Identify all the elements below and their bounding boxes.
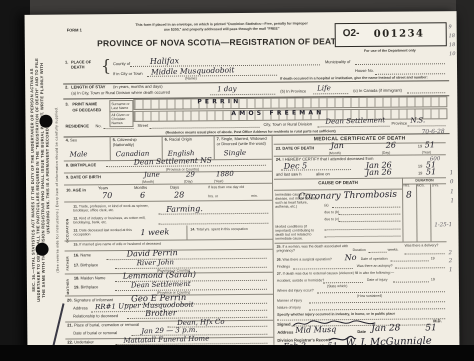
province-value: N.S. [410,117,425,124]
findings-label: Findings [277,265,290,269]
given-box-label: All Given or Christian Names [109,111,133,127]
dob-number: 9. [66,175,69,180]
death-year-value: 51 [425,141,435,149]
form-number-label: FORM 1 [67,28,82,33]
signed-date-value: Jan 28 [371,324,400,334]
undertaker-note: (Name and address) [157,344,189,348]
father-side-label: FATHER [66,252,72,274]
margin-instructions-text: (See reverse side for instructions.) Eve… [54,85,64,295]
dob-month-value: June [144,172,160,179]
duration-dys-label: DYS. [432,184,439,187]
physician-address-label: Address [277,331,293,336]
scanned-death-registration: SEC. 16.—VITAL STATISTICS ACT MAKES IT T… [0,0,474,361]
morbid-note: Morbid conditions (if important) contrib… [275,224,321,240]
racial-number: 6. [165,137,168,142]
place-of-death-label: PLACE OF DEATH [71,60,101,70]
burial-number: 21. [67,322,73,327]
cause-of-death-header: CAUSE OF DEATH [274,180,402,187]
dob-year-value: 1880 [216,171,234,178]
duration-label: Duration [353,248,366,252]
filed-year-prefix: 19 [319,344,323,349]
industry-label: Kind of industry or business, as cotton … [73,216,145,225]
father-name-number: 16. [74,252,80,257]
serial-note: For use of the Department only [335,48,445,53]
total-yrs-number: 14. [190,227,195,231]
last-seen-year-prefix: 19 [418,171,422,176]
filed-year-value: 51 [327,342,337,350]
immediate-cause-note: Immediate cause (Give disease, not mode … [275,192,321,208]
injury-year-prefix: 19 [431,277,435,281]
age-number: 10. [66,187,72,192]
checkmark-slash [48,303,64,361]
serial-number-box: O2- 001234 [335,22,447,47]
certify-number: 24. [276,157,282,162]
house-no-label: House No. [355,69,374,74]
given-name-value: AMOS FREEMAN [231,110,324,117]
how-sustained-note: (How sustained) [357,294,382,298]
birthplace-label: BIRTHPLACE [70,162,96,167]
last-seen-value: Jan 26 [366,168,392,177]
age-min-label: min. [251,194,258,198]
father-name-value: David Perrin [127,249,178,258]
mother-bp-value: Dean Settlement [131,281,191,290]
city-town-label: If in City or Town [113,72,143,77]
external-number: 27. [277,272,282,276]
age-days-value: 28 [174,191,184,199]
province-label: Province [391,122,407,127]
injury-date-label: Date of injury [367,278,388,282]
operation-value: No [345,254,357,262]
undertaker-label: Undertaker [74,339,94,344]
mother-name-number: 18. [74,275,80,280]
delivery-label: Was there a delivery? [405,243,439,247]
stay-a-label: (a) In City, Town or Rural Division wher… [71,91,170,97]
external-label: If death was due to external causes (vio… [283,271,395,276]
age-hrs-label: hrs. or [208,194,218,198]
last-worked-label: Date deceased last worked at this occupa… [73,228,131,237]
margin-tally-marks: 9 18 18 10 [448,23,455,59]
burial-date-label: Date of burial or removal [73,331,117,336]
informant-address-label: Address [73,306,88,311]
duration-mos-label: MOS. [417,184,425,188]
pregnancy-label: If a woman, was the death associated wit… [277,244,349,253]
residence-no-label: No. [95,124,101,129]
mark-1251: 1-25-1 [434,223,452,229]
form-title: PROVINCE OF NOVA SCOTIA—REGISTRATION OF … [95,36,345,48]
stay-a-value: 1 day [217,86,236,94]
name-number: 3. [65,103,68,108]
specify-label: Specify whether injury occurred in indus… [277,311,445,316]
birthplace-number: 8. [66,163,69,168]
serial-prefix: O2- [343,28,360,39]
county-label: County of [113,62,130,67]
filed-date-value: Feb 2 [283,342,306,351]
surname-value: PERRIN [197,99,241,105]
division-label: City, Town or Rural Division [263,122,312,127]
cause-line-a: (a) [324,203,328,207]
spouse-number: 15. [74,242,79,246]
informant-sig-label: Signature of informant [74,297,113,302]
physician-address-value: Mid Musq [295,326,336,335]
marital-value: Single [224,150,247,158]
municipality-label: Municipality of [325,60,350,65]
attended-year-prefix: 19 [418,164,422,169]
registrar-note: (Division Registrar) [387,347,417,351]
division-value: Dean Settlement [325,117,385,126]
state-which-note: (State which) [327,284,347,288]
manner-label: Manner of injury [277,298,302,302]
father-name-label: Name [80,252,91,257]
date-of-death-label: DATE OF DEATH [282,145,314,150]
operation-label: Was there a surgical operation? [283,257,332,261]
stay-c-label: (c) In Canada (if immigrant) [353,89,402,94]
duration-yrs-label: YRS. [403,185,410,188]
racial-origin-label: Racial Origin [169,136,192,141]
mother-bp-number: 19. [74,284,80,289]
signed-label: Signed [277,323,290,328]
father-bp-number: 17. [74,262,80,267]
registrar-signature: W. J. McGunnigle [345,337,432,349]
name-note: (Name) [185,76,197,80]
mother-maiden-label: Maiden Name [81,275,106,280]
informant-number: 20. [67,297,73,302]
op-year-prefix: 19 [431,256,435,260]
cause-line-c: due to (c) [324,217,339,221]
father-bp-label: Birthplace [80,262,98,267]
age-less-note: If less than one day old [208,185,270,190]
cause-line-b: due to (b) [324,210,339,214]
stay-b-label: (b) In Province [280,89,306,94]
last-worked-value: 1 week [140,228,169,237]
sex-label: Sex [70,137,77,142]
where-injury-label: Where did injury occur? [277,288,314,292]
duration-header: DURATION [403,178,446,182]
death-day-value: 26 [386,142,396,150]
age-months-value: 6 [140,192,145,200]
name-label-2: OF DECEASED [72,108,101,113]
occupation-side-label: OCCUPATION [65,204,71,256]
autopsy-label: Was there an autopsy? [357,264,393,268]
last-seen-pre: and last saw h [276,172,302,177]
mark-1011: 1 0 1 1 [450,169,456,206]
margin-statute-text: SEC. 16.—VITAL STATISTICS ACT MAKES IT T… [29,55,57,305]
father-bp-value: River John [137,259,174,267]
mail-notice-line2: use $300," and properly addressed will p… [117,26,327,32]
last-seen-mid: alive on [316,172,330,177]
age-label: AGE in [73,187,86,192]
trade-label: Trade, profession, or kind of work as sp… [73,204,148,213]
stay-b-value: Life [317,85,331,92]
stay-number: 2. [65,86,68,91]
death-year-prefix: 19 [418,144,422,149]
place-brace: { [101,56,111,75]
nature-label: Nature of injury [277,305,301,309]
age-margin-note: 70-6-28 [422,129,445,136]
spouse-label: If married give name of wife or husband … [79,242,161,247]
punch-hole-top [39,115,52,128]
serial-number: 001234 [374,28,425,39]
signed-date-label: Date [357,330,366,335]
mark-221: 2 2 1 [448,249,454,274]
total-yrs-label: Total yrs. spent in this occupation [196,227,248,231]
mother-side-label: MOTHER [66,275,72,297]
mother-bp-label: Birthplace [81,284,99,289]
street-label: Street [137,124,148,129]
undertaker-extra: Truro [177,346,200,355]
signed-year-value: 51 [425,324,437,333]
op-date-label: Date of operation [361,257,388,261]
sex-number: 4. [66,138,69,143]
marital-label: Single, Married, Widowed or Divorced (wr… [217,136,267,146]
informant-rel-label: Relationship to deceased [73,314,118,319]
sex-value: Male [70,151,88,158]
operation-number: 26. [277,258,282,262]
undertaker-number: 22. [67,339,73,344]
registration-form-paper: SEC. 16.—VITAL STATISTICS ACT MAKES IT T… [25,11,460,351]
last-seen-year: 51 [426,168,436,176]
cause-duration-value: 8 [406,191,412,200]
date-of-death-number: 23. [276,146,282,151]
citizenship-label: Citizenship (Nationality) [113,137,137,147]
residence-label: RESIDENCE [66,124,89,129]
dob-day-value: 29 [186,171,195,178]
age-years-value: 70 [102,192,112,200]
dob-label: DATE OF BIRTH [70,174,101,179]
punch-hole-bottom [36,243,49,256]
weeks-label: weeks. [388,248,399,252]
death-month-value: Jan [331,142,344,150]
accident-label: Accident, suicide or homicide? [277,278,324,282]
burial-place-label: Place of burial, cremation or removal [74,322,139,328]
